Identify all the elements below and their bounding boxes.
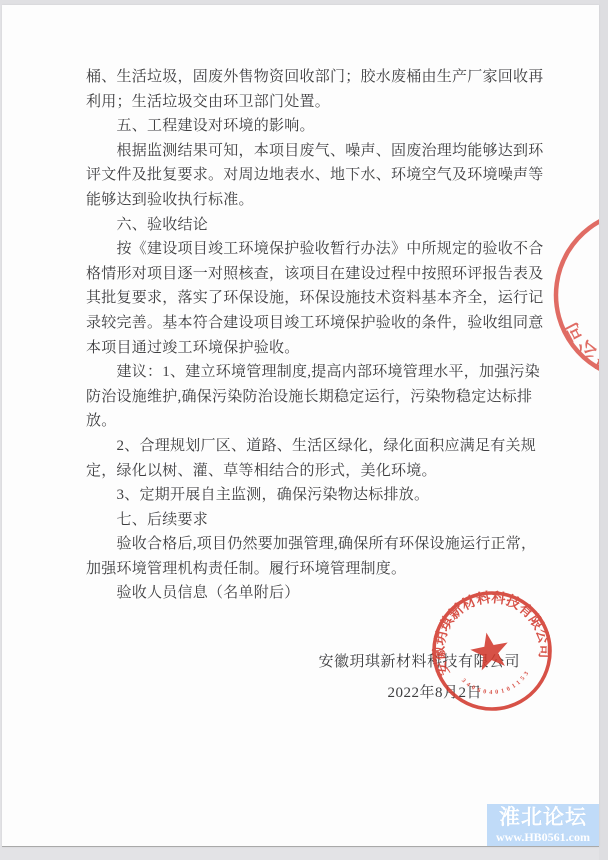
- body-line: 2、合理规划厂区、道路、生活区绿化，绿化面积应满足有关规: [86, 434, 566, 459]
- body-line: 建议：1、建立环境管理制度,提高内部环境管理水平，加强污染: [86, 360, 566, 385]
- body-line: 验收合格后,项目仍然要加强管理,确保所有环保设施运行正常，: [86, 532, 566, 557]
- body-line: 录较完善。基本符合建设项目竣工环境保护验收的条件，验收组同意: [86, 311, 566, 336]
- body-line: 格情形对项目逐一对照核查，该项目在建设过程中按照环评报告表及: [86, 262, 566, 287]
- body-line: 评文件及批复要求。对周边地表水、地下水、环境空气及环境噪声等: [86, 163, 566, 188]
- signature-company-name: 安徽玥琪新材料科技有限公司: [318, 650, 520, 671]
- body-line: 3、定期开展自主监测，确保污染物达标排放。: [86, 483, 566, 508]
- body-line: 定，绿化以树、灌、草等相结合的形式，美化环境。: [86, 459, 566, 484]
- body-line: 防治设施维护,确保污染防治设施长期稳定运行，污染物稳定达标排: [86, 385, 566, 410]
- section-heading: 六、验收结论: [86, 213, 566, 238]
- signature-date: 2022年8月2日: [387, 681, 482, 702]
- body-line: 放。: [86, 409, 566, 434]
- body-line: 桶、生活垃圾，固废外售物资回收部门；胶水废桶由生产厂家回收再: [86, 65, 566, 90]
- body-line: 利用；生活垃圾交由环卫部门处置。: [86, 90, 566, 115]
- scanner-margin-right: [599, 0, 608, 860]
- section-heading: 五、工程建设对环境的影响。: [86, 114, 566, 139]
- body-line: 本项目通过竣工环境保护验收。: [86, 336, 566, 361]
- document-body: 桶、生活垃圾，固废外售物资回收部门；胶水废桶由生产厂家回收再 利用；生活垃圾交由…: [86, 65, 566, 606]
- body-line: 按《建设项目竣工环境保护验收暂行办法》中所规定的验收不合: [86, 237, 566, 262]
- section-heading: 七、后续要求: [86, 508, 566, 533]
- body-line: 根据监测结果可知，本项目废气、噪声、固废治理均能够达到环: [86, 139, 566, 164]
- body-line: 验收人员信息（名单附后）: [86, 581, 566, 606]
- scanned-page-background: { "page": { "background": "#e3e3e6", "pa…: [0, 0, 608, 860]
- body-line: 其批复要求，落实了环保设施，环保设施技术资料基本齐全，运行记: [86, 286, 566, 311]
- body-line: 加强环境管理机构责任制。履行环境管理制度。: [86, 557, 566, 582]
- body-line: 能够达到验收执行标准。: [86, 188, 566, 213]
- watermark-url: www.HB0561.com: [487, 830, 599, 844]
- watermark-forum-name: 淮北论坛: [487, 805, 599, 830]
- forum-watermark: 淮北论坛 www.HB0561.com: [487, 804, 599, 846]
- document-page: 桶、生活垃圾，固废外售物资回收部门；胶水废桶由生产厂家回收再 利用；生活垃圾交由…: [2, 5, 599, 847]
